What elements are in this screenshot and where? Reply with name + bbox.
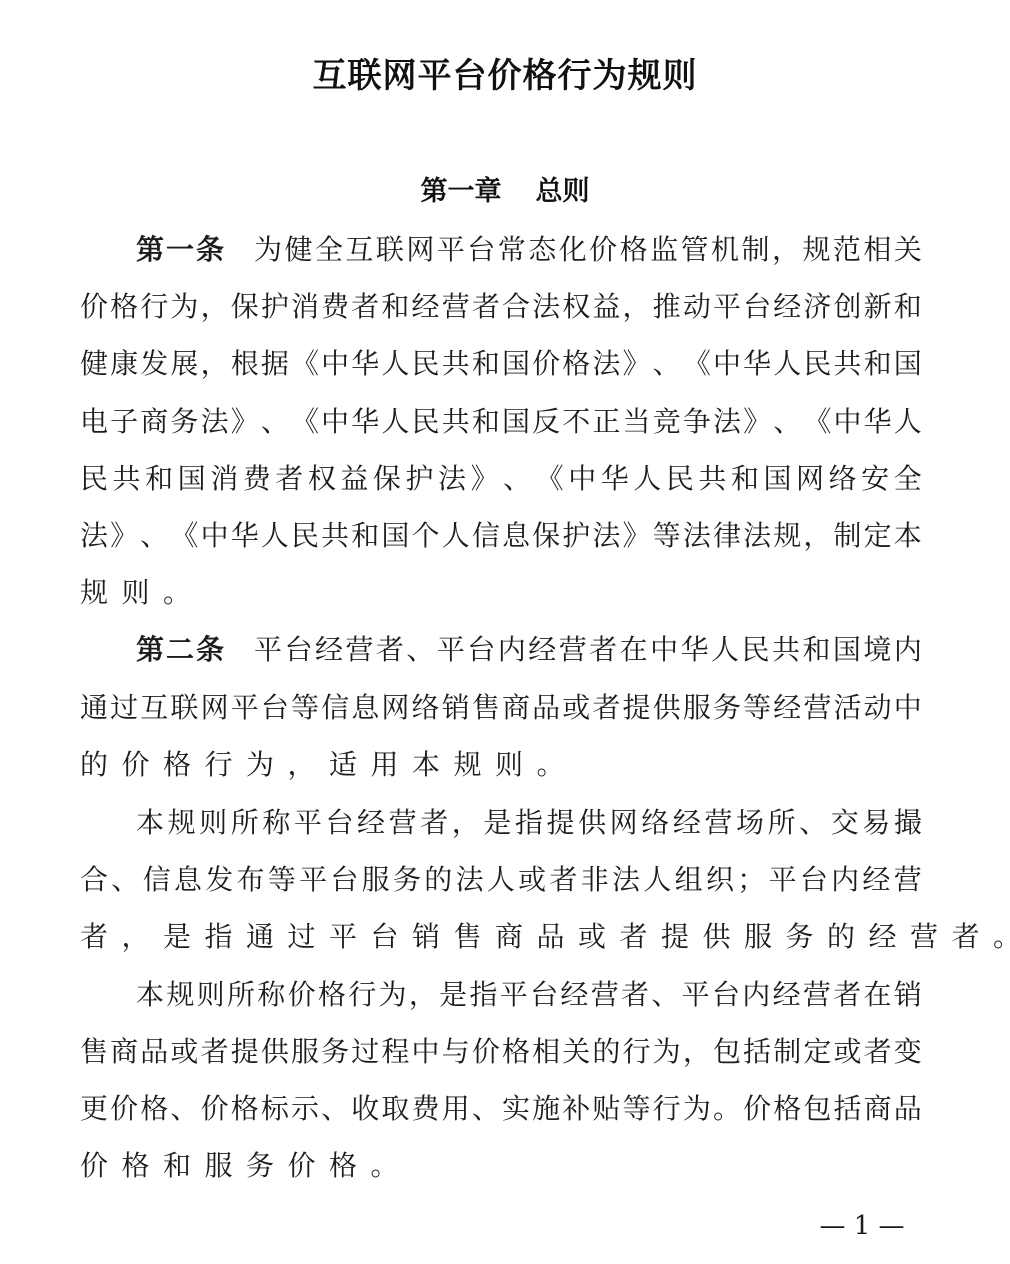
chapter-number: 第一章	[421, 176, 502, 207]
article-1-line-2: 价格行为，保护消费者和经营者合法权益，推动平台经济创新和	[80, 287, 922, 327]
article-1-line-1: 第一条 为健全互联网平台常态化价格监管机制，规范相关	[136, 230, 922, 270]
document-title: 互联网平台价格行为规则	[0, 52, 1010, 100]
article-2-label: 第二条	[136, 630, 226, 670]
article-2-line-2: 通过互联网平台等信息网络销售商品或者提供服务等经营活动中	[80, 688, 922, 728]
definition-paragraph-1-line-2: 合、信息发布等平台服务的法人或者非法人组织；平台内经营	[80, 860, 922, 900]
definition-paragraph-2-line-3: 更价格、价格标示、收取费用、实施补贴等行为。价格包括商品	[80, 1089, 922, 1129]
definition-paragraph-2-line-1: 本规则所称价格行为，是指平台经营者、平台内经营者在销	[136, 975, 922, 1015]
article-1-label: 第一条	[136, 230, 226, 270]
article-2-line-1: 第二条 平台经营者、平台内经营者在中华人民共和国境内	[136, 630, 922, 670]
definition-paragraph-1-line-3: 者，是指通过平台销售商品或者提供服务的经营者。	[80, 917, 922, 957]
definition-paragraph-2-line-4: 价格和服务价格。	[80, 1146, 922, 1186]
chapter-heading: 第一章总则	[0, 172, 1010, 212]
article-1-line-4: 电子商务法》、《中华人民共和国反不正当竞争法》、《中华人	[80, 402, 922, 442]
article-1-text: 为健全互联网平台常态化价格监管机制，规范相关	[254, 230, 922, 270]
page-number: — 1 —	[812, 1210, 912, 1242]
definition-paragraph-1-line-1: 本规则所称平台经营者，是指提供网络经营场所、交易撮	[136, 803, 922, 843]
article-2-line-3: 的价格行为，适用本规则。	[80, 745, 922, 785]
article-1-line-7: 规则。	[80, 573, 922, 613]
chapter-name: 总则	[536, 176, 590, 207]
article-1-line-6: 法》、《中华人民共和国个人信息保护法》等法律法规，制定本	[80, 516, 922, 556]
definition-paragraph-2-line-2: 售商品或者提供服务过程中与价格相关的行为，包括制定或者变	[80, 1032, 922, 1072]
article-2-text: 平台经营者、平台内经营者在中华人民共和国境内	[254, 630, 922, 670]
article-1-line-5: 民共和国消费者权益保护法》、《中华人民共和国网络安全	[80, 459, 922, 499]
article-1-line-3: 健康发展，根据《中华人民共和国价格法》、《中华人民共和国	[80, 344, 922, 384]
